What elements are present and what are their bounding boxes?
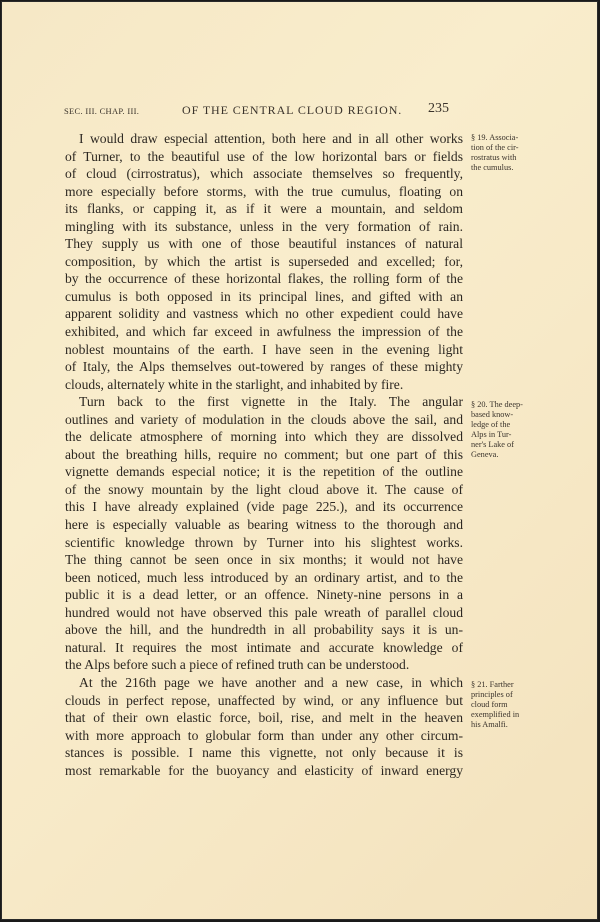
text-line: scientific knowledge thrown by Turner in…	[65, 534, 463, 552]
page-number: 235	[428, 101, 449, 117]
text-line: cumulus is both opposed in its principal…	[65, 288, 463, 306]
margin-note-line: cloud form	[471, 700, 571, 710]
margin-note-line: based know-	[471, 410, 571, 420]
text-line: here is especially valuable as bearing w…	[65, 516, 463, 534]
margin-note-line: § 21. Farther	[471, 680, 571, 690]
paragraph-21: At the 216th page we have another and a …	[65, 674, 463, 779]
text-line: about the breathing hills, require no co…	[65, 446, 463, 464]
text-line: with more approach to globular form than…	[65, 727, 463, 745]
text-line: the Alps before such a piece of refined …	[65, 656, 463, 674]
margin-note-line: § 19. Associa-	[471, 133, 571, 143]
margin-note-line: Geneva.	[471, 450, 571, 460]
text-line: most remarkable for the buoyancy and ela…	[65, 762, 463, 780]
text-line: by the occurrence of these horizontal fl…	[65, 270, 463, 288]
text-line: this I have already explained (vide page…	[65, 498, 463, 516]
section-chapter-label: Sec. III. Chap. III.	[64, 106, 139, 116]
text-line: above the hill, and the hundredth in all…	[65, 621, 463, 639]
text-line: of the snowy mountain by the light cloud…	[65, 481, 463, 499]
margin-note-line: his Amalfi.	[471, 720, 571, 730]
text-line: that of their own elastic force, boil, r…	[65, 709, 463, 727]
margin-note-line: principles of	[471, 690, 571, 700]
text-line: outlines and variety of modulation in th…	[65, 411, 463, 429]
margin-note-line: § 20. The deep-	[471, 400, 571, 410]
text-line: exhibited, and which far exceed in awful…	[65, 323, 463, 341]
text-line: noblest mountains of the earth. I have s…	[65, 341, 463, 359]
margin-note-line: rostratus with	[471, 153, 571, 163]
text-line: They supply us with one of those beautif…	[65, 235, 463, 253]
paragraph-19: I would draw especial attention, both he…	[65, 130, 463, 393]
margin-note-19: § 19. Associa- tion of the cir- rostratu…	[471, 133, 571, 173]
text-line: composition, by which the artist is supe…	[65, 253, 463, 271]
text-line: of cloud (cirrostratus), which associate…	[65, 165, 463, 183]
margin-note-21: § 21. Farther principles of cloud form e…	[471, 680, 571, 730]
text-line: Turn back to the first vignette in the I…	[65, 393, 463, 411]
body-text: I would draw especial attention, both he…	[65, 130, 463, 779]
paragraph-20: Turn back to the first vignette in the I…	[65, 393, 463, 674]
margin-note-20: § 20. The deep- based know- ledge of the…	[471, 400, 571, 460]
text-line: At the 216th page we have another and a …	[65, 674, 463, 692]
text-line: natural. It requires the most intimate a…	[65, 639, 463, 657]
text-line: I would draw especial attention, both he…	[65, 130, 463, 148]
text-line: clouds in perfect repose, unaffected by …	[65, 692, 463, 710]
text-line: been noticed, much less introduced by an…	[65, 569, 463, 587]
book-page: Sec. III. Chap. III. OF THE CENTRAL CLOU…	[1, 1, 598, 920]
text-line: hundred would not have observed this pal…	[65, 604, 463, 622]
text-line: public it is a dead letter, or an offenc…	[65, 586, 463, 604]
text-line: stances is possible. I name this vignett…	[65, 744, 463, 762]
margin-note-line: Alps in Tur-	[471, 430, 571, 440]
margin-note-line: ledge of the	[471, 420, 571, 430]
text-line: mingling with its substance, unless in t…	[65, 218, 463, 236]
running-title: OF THE CENTRAL CLOUD REGION.	[182, 103, 402, 118]
text-line: The thing cannot be seen once in six mon…	[65, 551, 463, 569]
text-line: of Italy, the Alps themselves out-towere…	[65, 358, 463, 376]
margin-note-line: tion of the cir-	[471, 143, 571, 153]
text-line: its flanks, or capping it, as if it were…	[65, 200, 463, 218]
text-line: vignette demands especial notice; it is …	[65, 463, 463, 481]
text-line: clouds, alternately white in the starlig…	[65, 376, 463, 394]
text-line: more especially before storms, with the …	[65, 183, 463, 201]
margin-note-line: the cumulus.	[471, 163, 571, 173]
running-header: Sec. III. Chap. III. OF THE CENTRAL CLOU…	[64, 103, 464, 121]
text-line: the delicate atmosphere of morning into …	[65, 428, 463, 446]
text-line: apparent solidity and vastness which no …	[65, 305, 463, 323]
margin-note-line: ner's Lake of	[471, 440, 571, 450]
margin-note-line: exemplified in	[471, 710, 571, 720]
text-line: of Turner, to the beautiful use of the l…	[65, 148, 463, 166]
